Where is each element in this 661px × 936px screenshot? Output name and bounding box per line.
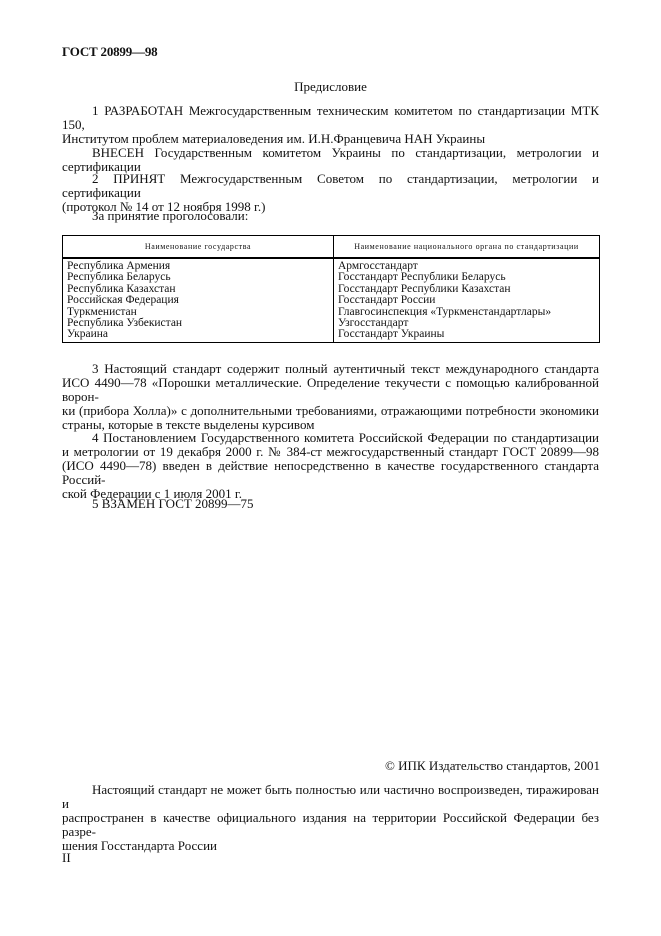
paragraph-line: ИСО 4490—78 «Порошки металлические. Опре… (62, 376, 599, 404)
paragraph-line: 1 РАЗРАБОТАН Межгосударственным техничес… (62, 104, 599, 132)
paragraph-voted: За принятие проголосовали: (62, 209, 599, 223)
paragraph-line: (ИСО 4490—78) введен в действие непосред… (62, 459, 599, 487)
table-cell-bodies: Армгосстандарт Госстандарт Республики Бе… (334, 258, 600, 342)
paragraph-line: распространен в качестве официального из… (62, 811, 599, 839)
paragraph-line: 4 Постановлением Государственного комите… (62, 431, 599, 445)
paragraph-line: 5 ВЗАМЕН ГОСТ 20899—75 (62, 497, 599, 511)
paragraph-line: За принятие проголосовали: (62, 209, 599, 223)
paragraph-line: и метрологии от 19 декабря 2000 г. № 384… (62, 445, 599, 459)
national-body-name: Госстандарт России (338, 295, 595, 306)
paragraph-line: ки (прибора Холла)» с дополнительными тр… (62, 404, 599, 418)
paragraph-developed-by: 1 РАЗРАБОТАН Межгосударственным техничес… (62, 104, 599, 146)
paragraph-line: Настоящий стандарт не может быть полност… (62, 783, 599, 811)
paragraph-line: ВНЕСЕН Государственным комитетом Украины… (62, 146, 599, 174)
table-header-row: Наименование государства Наименование на… (63, 236, 600, 259)
national-body-name: Госстандарт Украины (338, 329, 595, 340)
page-number: II (62, 850, 71, 866)
reproduction-notice: Настоящий стандарт не может быть полност… (62, 783, 599, 853)
table-header-state: Наименование государства (63, 236, 334, 259)
state-name: Украина (67, 329, 329, 340)
copyright-notice: © ИПК Издательство стандартов, 2001 (385, 758, 600, 774)
table-header-national-body: Наименование национального органа по ста… (334, 236, 600, 259)
table-cell-states: Республика Армения Республика Беларусь Р… (63, 258, 334, 342)
paragraph-line: 2 ПРИНЯТ Межгосударственным Советом по с… (62, 172, 599, 200)
paragraph-authentic-text: 3 Настоящий стандарт содержит полный аут… (62, 362, 599, 432)
paragraph-introduced-by: ВНЕСЕН Государственным комитетом Украины… (62, 146, 599, 174)
section-title: Предисловие (0, 79, 661, 95)
paragraph-replaces: 5 ВЗАМЕН ГОСТ 20899—75 (62, 497, 599, 511)
paragraph-line: шения Госстандарта России (62, 839, 599, 853)
paragraph-enacted: 4 Постановлением Государственного комите… (62, 431, 599, 501)
state-name: Российская Федерация (67, 295, 329, 306)
paragraph-line: Институтом проблем материаловедения им. … (62, 132, 599, 146)
paragraph-line: 3 Настоящий стандарт содержит полный аут… (62, 362, 599, 376)
document-code: ГОСТ 20899—98 (62, 44, 157, 60)
voting-states-table: Наименование государства Наименование на… (62, 235, 600, 343)
table-row: Республика Армения Республика Беларусь Р… (63, 258, 600, 342)
